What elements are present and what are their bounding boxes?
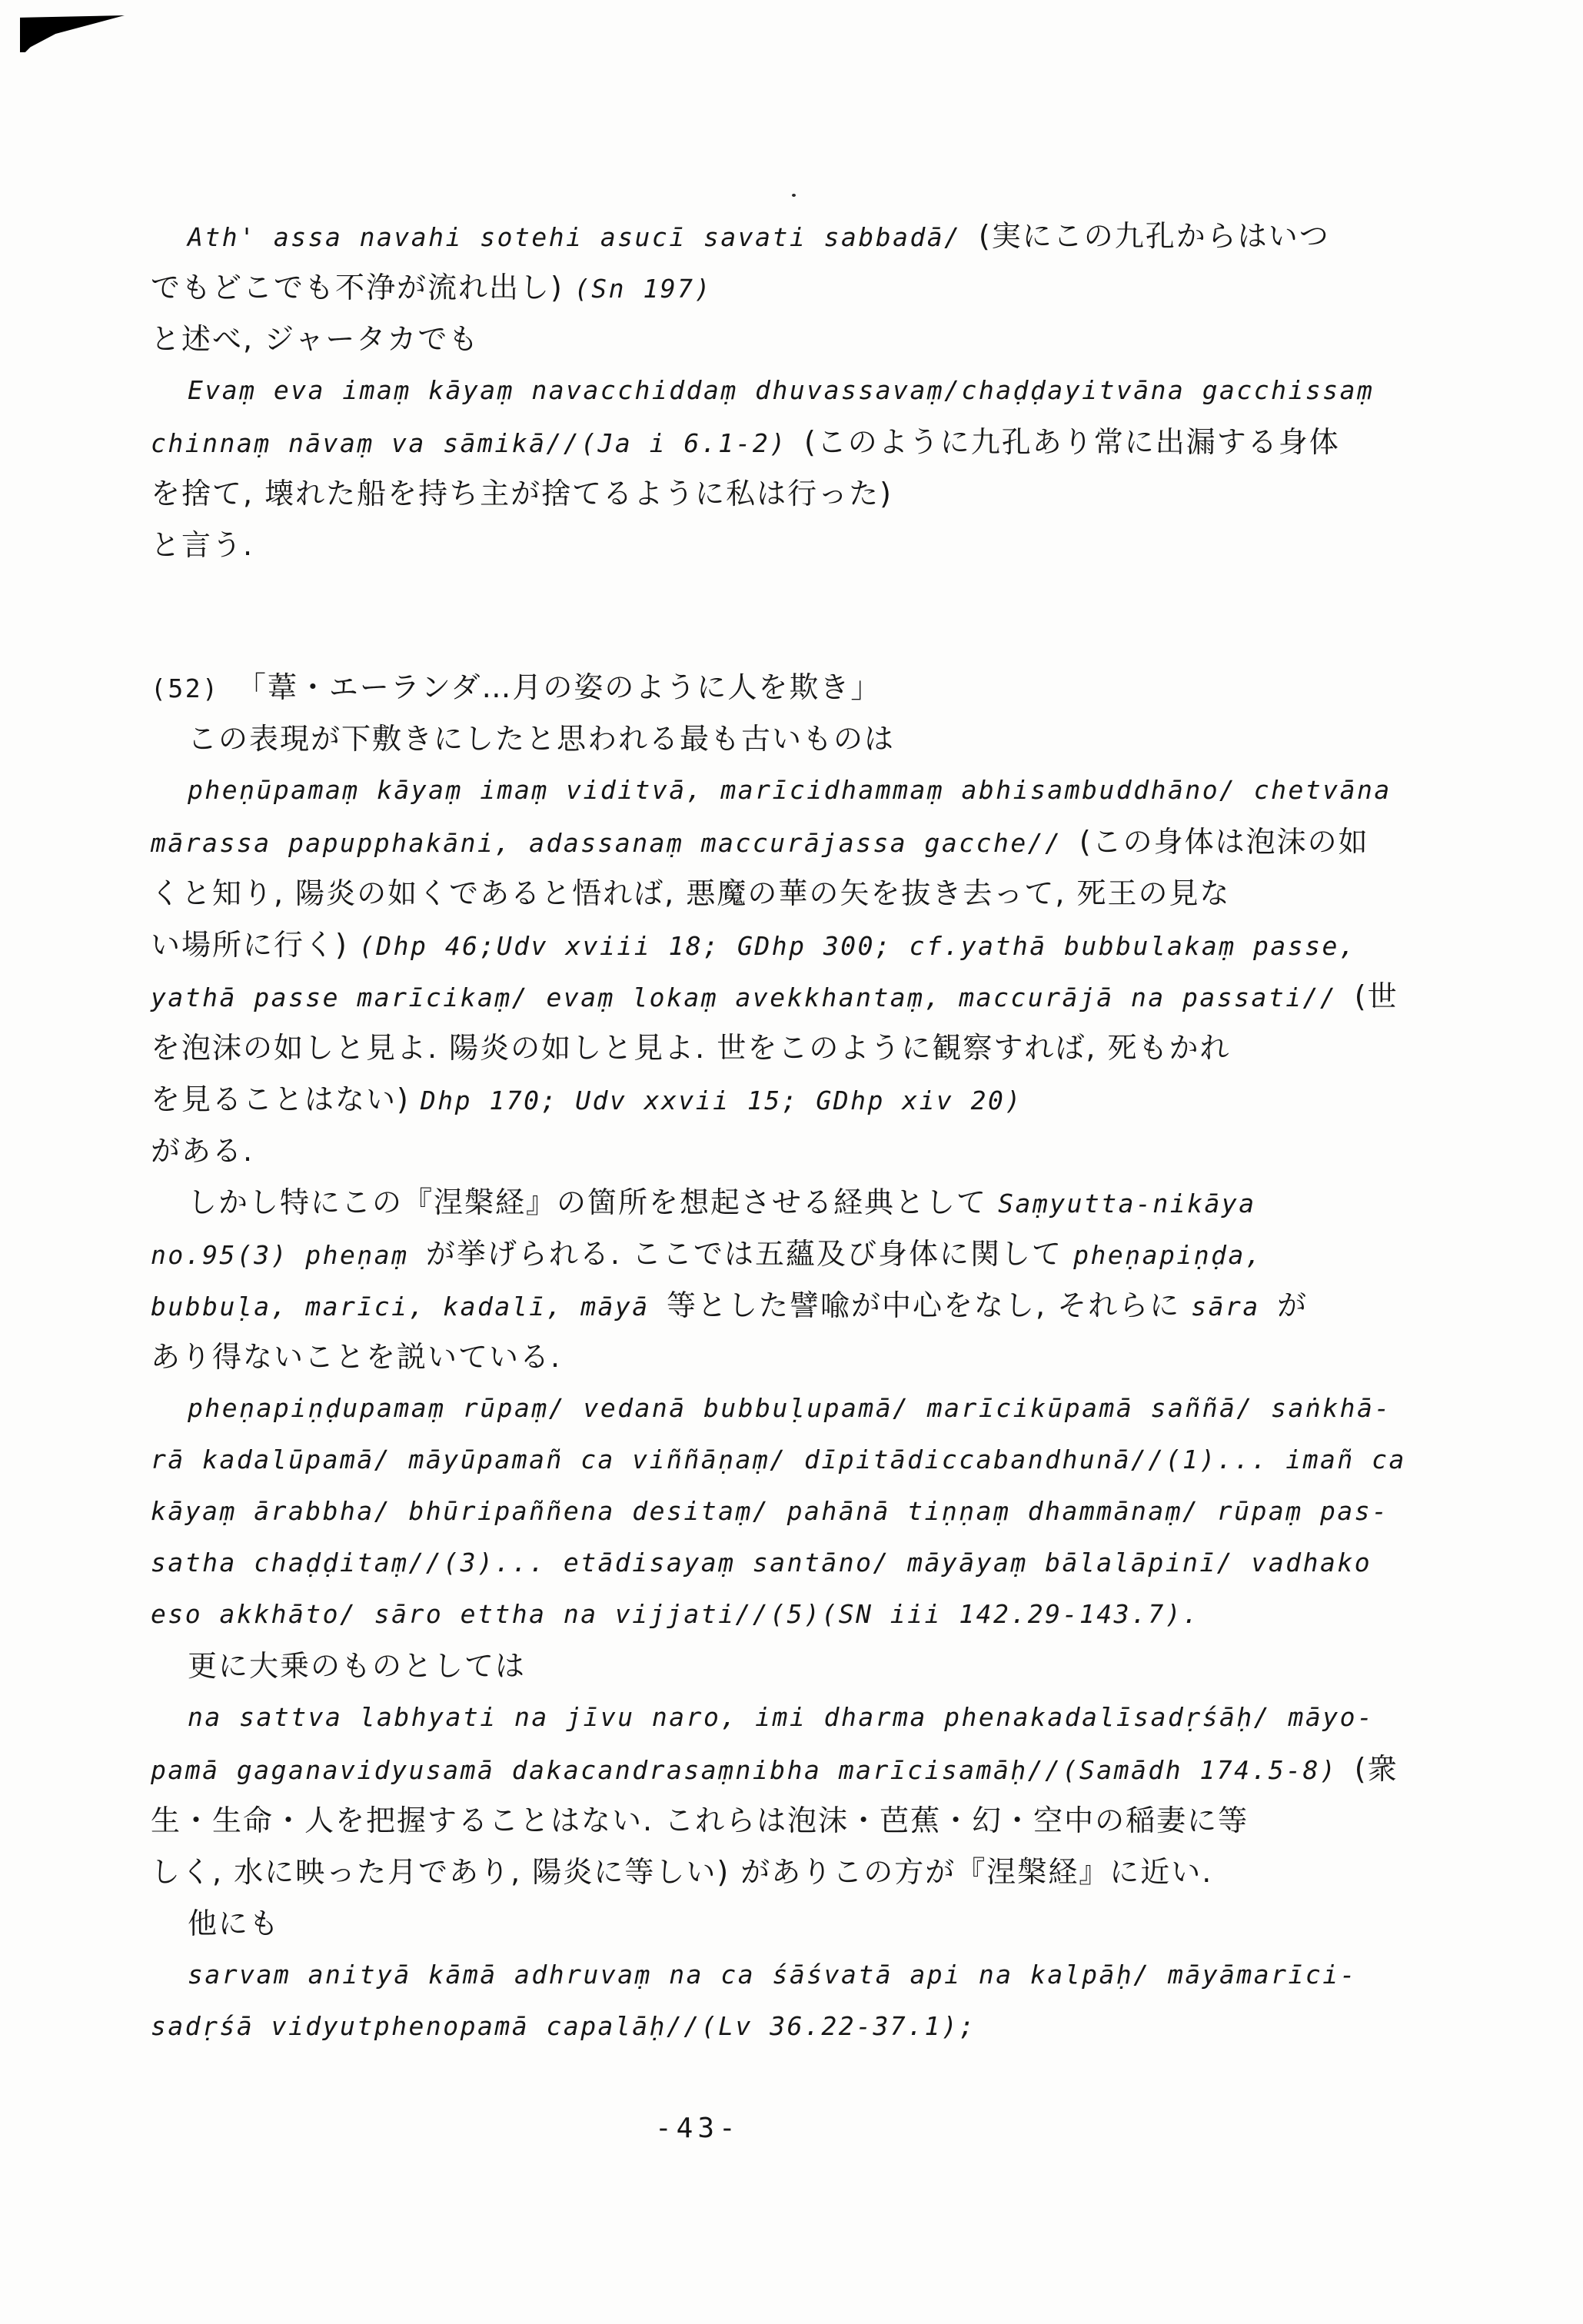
text-line: no.95(3) pheṇaṃ が挙げられる. ここでは五蘊及び身体に関して p…	[151, 1232, 1481, 1283]
romanized-text: bubbuḷa, marīci, kadalī, māyā	[151, 1292, 667, 1322]
japanese-text: (このように九孔あり常に出漏する身体	[804, 425, 1340, 459]
japanese-text: くと知り, 陽炎の如くであると悟れば, 悪魔の華の矢を抜き去って, 死王の見な	[151, 876, 1230, 910]
romanized-text: Evaṃ eva imaṃ kāyaṃ navacchiddaṃ dhuvass…	[188, 375, 1374, 405]
text-line: がある.	[151, 1129, 1481, 1180]
japanese-text: 生・生命・人を把握することはない. これらは泡沫・芭蕉・幻・空中の稲妻に等	[151, 1804, 1249, 1837]
romanized-text: no.95(3) pheṇaṃ	[151, 1240, 426, 1270]
japanese-text: (衆	[1355, 1752, 1398, 1786]
text-line: na sattva labhyati na jīvu naro, imi dha…	[151, 1695, 1481, 1747]
paragraph-gap	[151, 574, 1481, 665]
romanized-text: yathā passe marīcikaṃ/ evaṃ lokaṃ avekkh…	[151, 982, 1355, 1012]
japanese-text: と言う.	[151, 528, 254, 562]
romanized-text: Ath' assa navahi sotehi asucī savati sab…	[188, 222, 979, 252]
romanized-text: sāra	[1191, 1292, 1277, 1322]
text-line: 他にも	[151, 1901, 1481, 1953]
japanese-text: が	[1277, 1288, 1308, 1322]
text-line: sarvam anityā kāmā adhruvaṃ na ca śāśvat…	[151, 1953, 1481, 2004]
romanized-text: rā kadalūpamā/ māyūpamañ ca viññāṇaṃ/ dī…	[151, 1445, 1406, 1475]
text-line: kāyaṃ ārabbha/ bhūripaññena desitaṃ/ pah…	[151, 1489, 1481, 1541]
text-line: Ath' assa navahi sotehi asucī savati sab…	[151, 214, 1481, 265]
japanese-text: でもどこでも不浄が流れ出し)	[151, 271, 574, 304]
text-line: (52) 「葦・エーランダ…月の姿のように人を欺き」	[151, 665, 1481, 716]
text-line: pheṇapiṇḍupamaṃ rūpaṃ/ vedanā bubbuḷupam…	[151, 1386, 1481, 1438]
text-line: bubbuḷa, marīci, kadalī, māyā 等とした譬喩が中心を…	[151, 1283, 1481, 1335]
text-line: mārassa papupphakāni, adassanaṃ maccurāj…	[151, 820, 1481, 871]
romanized-text: sadṛśā vidyutphenopamā capalāḥ//(Lv 36.2…	[151, 2011, 976, 2041]
romanized-text: chinnaṃ nāvaṃ va sāmikā//(Ja i 6.1-2)	[151, 428, 804, 458]
text-line: を見ることはない) Dhp 170; Udv xxvii 15; GDhp xi…	[151, 1077, 1481, 1129]
japanese-text: しかし特にこの『涅槃経』の箇所を想起させる経典として	[188, 1185, 998, 1219]
text-line: と述べ, ジャータカでも	[151, 317, 1481, 368]
japanese-text: (この身体は泡沫の如	[1079, 825, 1369, 859]
japanese-text: を泡沫の如しと見よ. 陽炎の如しと見よ. 世をこのように観察すれば, 死もかれ	[151, 1031, 1230, 1065]
romanized-text: (Dhp 46;Udv xviii 18; GDhp 300; cf.yathā…	[359, 931, 1356, 961]
text-line: chinnaṃ nāvaṃ va sāmikā//(Ja i 6.1-2) (こ…	[151, 420, 1481, 471]
romanized-text: eso akkhāto/ sāro ettha na vijjati//(5)(…	[151, 1599, 1199, 1629]
romanized-text: kāyaṃ ārabbha/ bhūripaññena desitaṃ/ pah…	[151, 1496, 1388, 1526]
text-line: yathā passe marīcikaṃ/ evaṃ lokaṃ avekkh…	[151, 974, 1481, 1026]
text-line: satha chaḍḍitaṃ//(3)... etādisayaṃ santā…	[151, 1541, 1481, 1592]
romanized-text: pheṇapiṇḍa,	[1073, 1240, 1262, 1270]
text-line: rā kadalūpamā/ māyūpamañ ca viññāṇaṃ/ dī…	[151, 1438, 1481, 1489]
romanized-text: sarvam anityā kāmā adhruvaṃ na ca śāśvat…	[188, 1960, 1357, 1990]
japanese-text: を捨て, 壊れた船を持ち主が捨てるように私は行った)	[151, 477, 893, 510]
text-line: 生・生命・人を把握することはない. これらは泡沫・芭蕉・幻・空中の稲妻に等	[151, 1798, 1481, 1850]
japanese-text: あり得ないことを説いている.	[151, 1340, 561, 1374]
japanese-text: を見ることはない)	[151, 1082, 421, 1116]
text-line: しく, 水に映った月であり, 陽炎に等しい) がありこの方が『涅槃経』に近い.	[151, 1850, 1481, 1901]
romanized-text: Saṃyutta-nikāya	[998, 1189, 1256, 1219]
page-number: -43-	[655, 2113, 740, 2144]
romanized-text: pheṇapiṇḍupamaṃ rūpaṃ/ vedanā bubbuḷupam…	[188, 1393, 1392, 1423]
japanese-text: しく, 水に映った月であり, 陽炎に等しい) がありこの方が『涅槃経』に近い.	[151, 1855, 1212, 1889]
text-line: 更に大乗のものとしては	[151, 1644, 1481, 1695]
romanized-text: Dhp 170; Udv xxvii 15; GDhp xiv 20)	[421, 1086, 1023, 1115]
romanized-text: satha chaḍḍitaṃ//(3)... etādisayaṃ santā…	[151, 1548, 1372, 1578]
japanese-text: (実にこの九孔からはいつ	[979, 219, 1330, 253]
text-line: この表現が下敷きにしたと思われる最も古いものは	[151, 716, 1481, 768]
text-line: しかし特にこの『涅槃経』の箇所を想起させる経典として Saṃyutta-nikā…	[151, 1180, 1481, 1232]
romanized-text: pamā gaganavidyusamā dakacandrasaṃnibha …	[151, 1755, 1355, 1785]
japanese-text: と述べ, ジャータカでも	[151, 322, 479, 356]
text-block: Ath' assa navahi sotehi asucī savati sab…	[151, 214, 1481, 2056]
romanized-text: (52)	[151, 673, 237, 703]
text-line: sadṛśā vidyutphenopamā capalāḥ//(Lv 36.2…	[151, 2004, 1481, 2056]
japanese-text: い場所に行く)	[151, 928, 359, 962]
japanese-text: がある.	[151, 1134, 254, 1168]
japanese-text: この表現が下敷きにしたと思われる最も古いものは	[188, 722, 895, 756]
text-line: を捨て, 壊れた船を持ち主が捨てるように私は行った)	[151, 471, 1481, 523]
japanese-text: が挙げられる. ここでは五蘊及び身体に関して	[426, 1237, 1073, 1271]
text-line: でもどこでも不浄が流れ出し) (Sn 197)	[151, 265, 1481, 317]
text-line: eso akkhāto/ sāro ettha na vijjati//(5)(…	[151, 1592, 1481, 1644]
japanese-text: 「葦・エーランダ…月の姿のように人を欺き」	[237, 670, 881, 704]
text-line: pheṇūpamaṃ kāyaṃ imaṃ viditvā, marīcidha…	[151, 768, 1481, 820]
text-line: くと知り, 陽炎の如くであると悟れば, 悪魔の華の矢を抜き去って, 死王の見な	[151, 871, 1481, 923]
japanese-text: 等とした譬喩が中心をなし, それらに	[667, 1288, 1191, 1322]
romanized-text: na sattva labhyati na jīvu naro, imi dha…	[188, 1702, 1374, 1732]
text-line: あり得ないことを説いている.	[151, 1335, 1481, 1386]
text-line: pamā gaganavidyusamā dakacandrasaṃnibha …	[151, 1747, 1481, 1798]
scan-speck	[792, 194, 796, 197]
scan-artifact-corner	[20, 15, 125, 52]
text-line: い場所に行く) (Dhp 46;Udv xviii 18; GDhp 300; …	[151, 923, 1481, 974]
text-line: Evaṃ eva imaṃ kāyaṃ navacchiddaṃ dhuvass…	[151, 368, 1481, 420]
romanized-text: pheṇūpamaṃ kāyaṃ imaṃ viditvā, marīcidha…	[188, 775, 1392, 805]
japanese-text: (世	[1355, 979, 1398, 1013]
japanese-text: 更に大乗のものとしては	[188, 1649, 526, 1683]
japanese-text: 他にも	[188, 1907, 280, 1940]
romanized-text: mārassa papupphakāni, adassanaṃ maccurāj…	[151, 828, 1079, 858]
text-line: を泡沫の如しと見よ. 陽炎の如しと見よ. 世をこのように観察すれば, 死もかれ	[151, 1026, 1481, 1077]
text-line: と言う.	[151, 523, 1481, 574]
romanized-text: (Sn 197)	[574, 274, 712, 304]
scanned-paper-page: Ath' assa navahi sotehi asucī savati sab…	[0, 0, 1583, 2324]
